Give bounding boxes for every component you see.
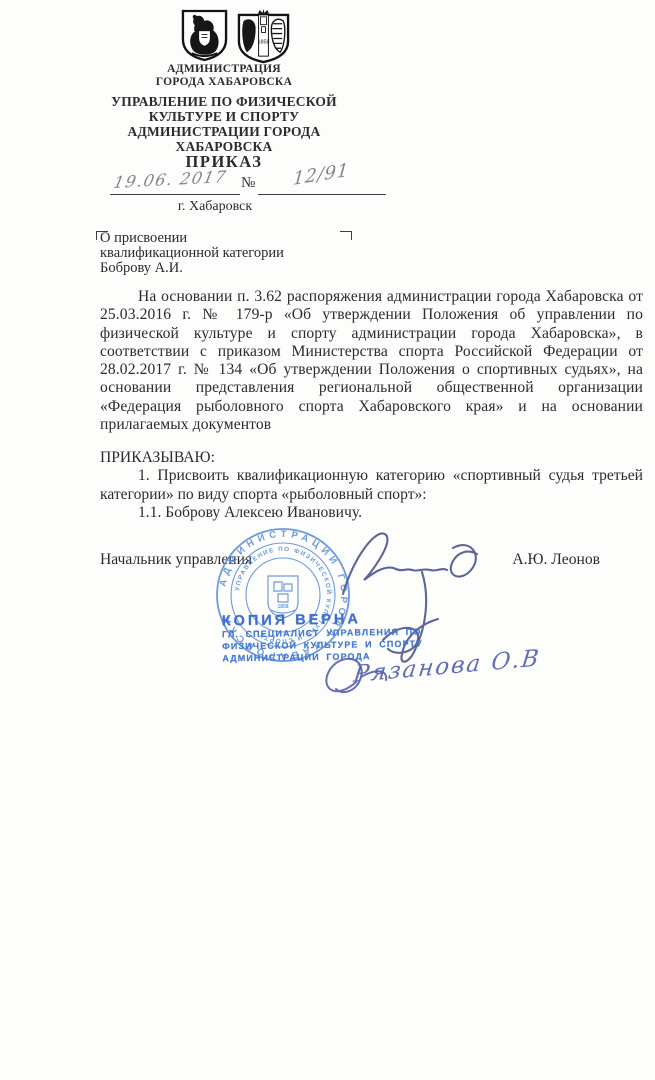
preamble-paragraph: На основании п. 3.62 распоряжения админи… [100,288,643,434]
header-org-block: АДМИНИСТРАЦИЯ ГОРОДА ХАБАРОВСКА УПРАВЛЕН… [74,63,374,154]
dept-name-line: УПРАВЛЕНИЕ ПО ФИЗИЧЕСКОЙ [74,94,374,109]
city-label: г. Хабаровск [150,199,280,215]
signer-name: А.Ю. Леонов [512,551,600,569]
org-name-line: АДМИНИСТРАЦИЯ [74,63,374,76]
resolution-block: ПРИКАЗЫВАЮ: 1. Присвоить квалификационну… [100,449,643,522]
resolution-item-1-1: 1.1. Боброву Алексею Ивановичу. [100,504,643,522]
city-coat-of-arms-icon: 1858 [236,8,291,70]
resolution-word: ПРИКАЗЫВАЮ: [100,449,643,467]
date-number-row: № 19.06. 2017 12/91 [0,172,655,198]
header-emblems: 1858 [180,8,292,66]
subject-line: О присвоении [100,231,350,246]
subject-line: Боброву А.И. [100,261,350,276]
seal-year: 1858 [277,604,288,610]
svg-text:1858: 1858 [258,39,270,45]
dept-name-line: КУЛЬТУРЕ И СПОРТУ [74,109,374,124]
org-name-line: ГОРОДА ХАБАРОВСКА [74,76,374,89]
resolution-item-1: 1. Присвоить квалификационную категорию … [100,467,643,504]
scanned-order-document: 1858 АДМИНИСТРАЦИЯ ГОРОДА ХАБАРОВСКА УПР… [0,0,655,1080]
copy-certification-stamp: КОПИЯ ВЕРНА ГЛ. СПЕЦИАЛИСТ УПРАВЛЕНИЯ ПО… [222,611,423,665]
subject-line: квалификационной категории [100,246,350,261]
number-sign: № [241,175,255,192]
subject-block: О присвоении квалификационной категории … [100,231,350,276]
krai-coat-of-arms-icon [180,8,229,68]
dept-name-line: АДМИНИСТРАЦИИ ГОРОДА [74,124,374,139]
